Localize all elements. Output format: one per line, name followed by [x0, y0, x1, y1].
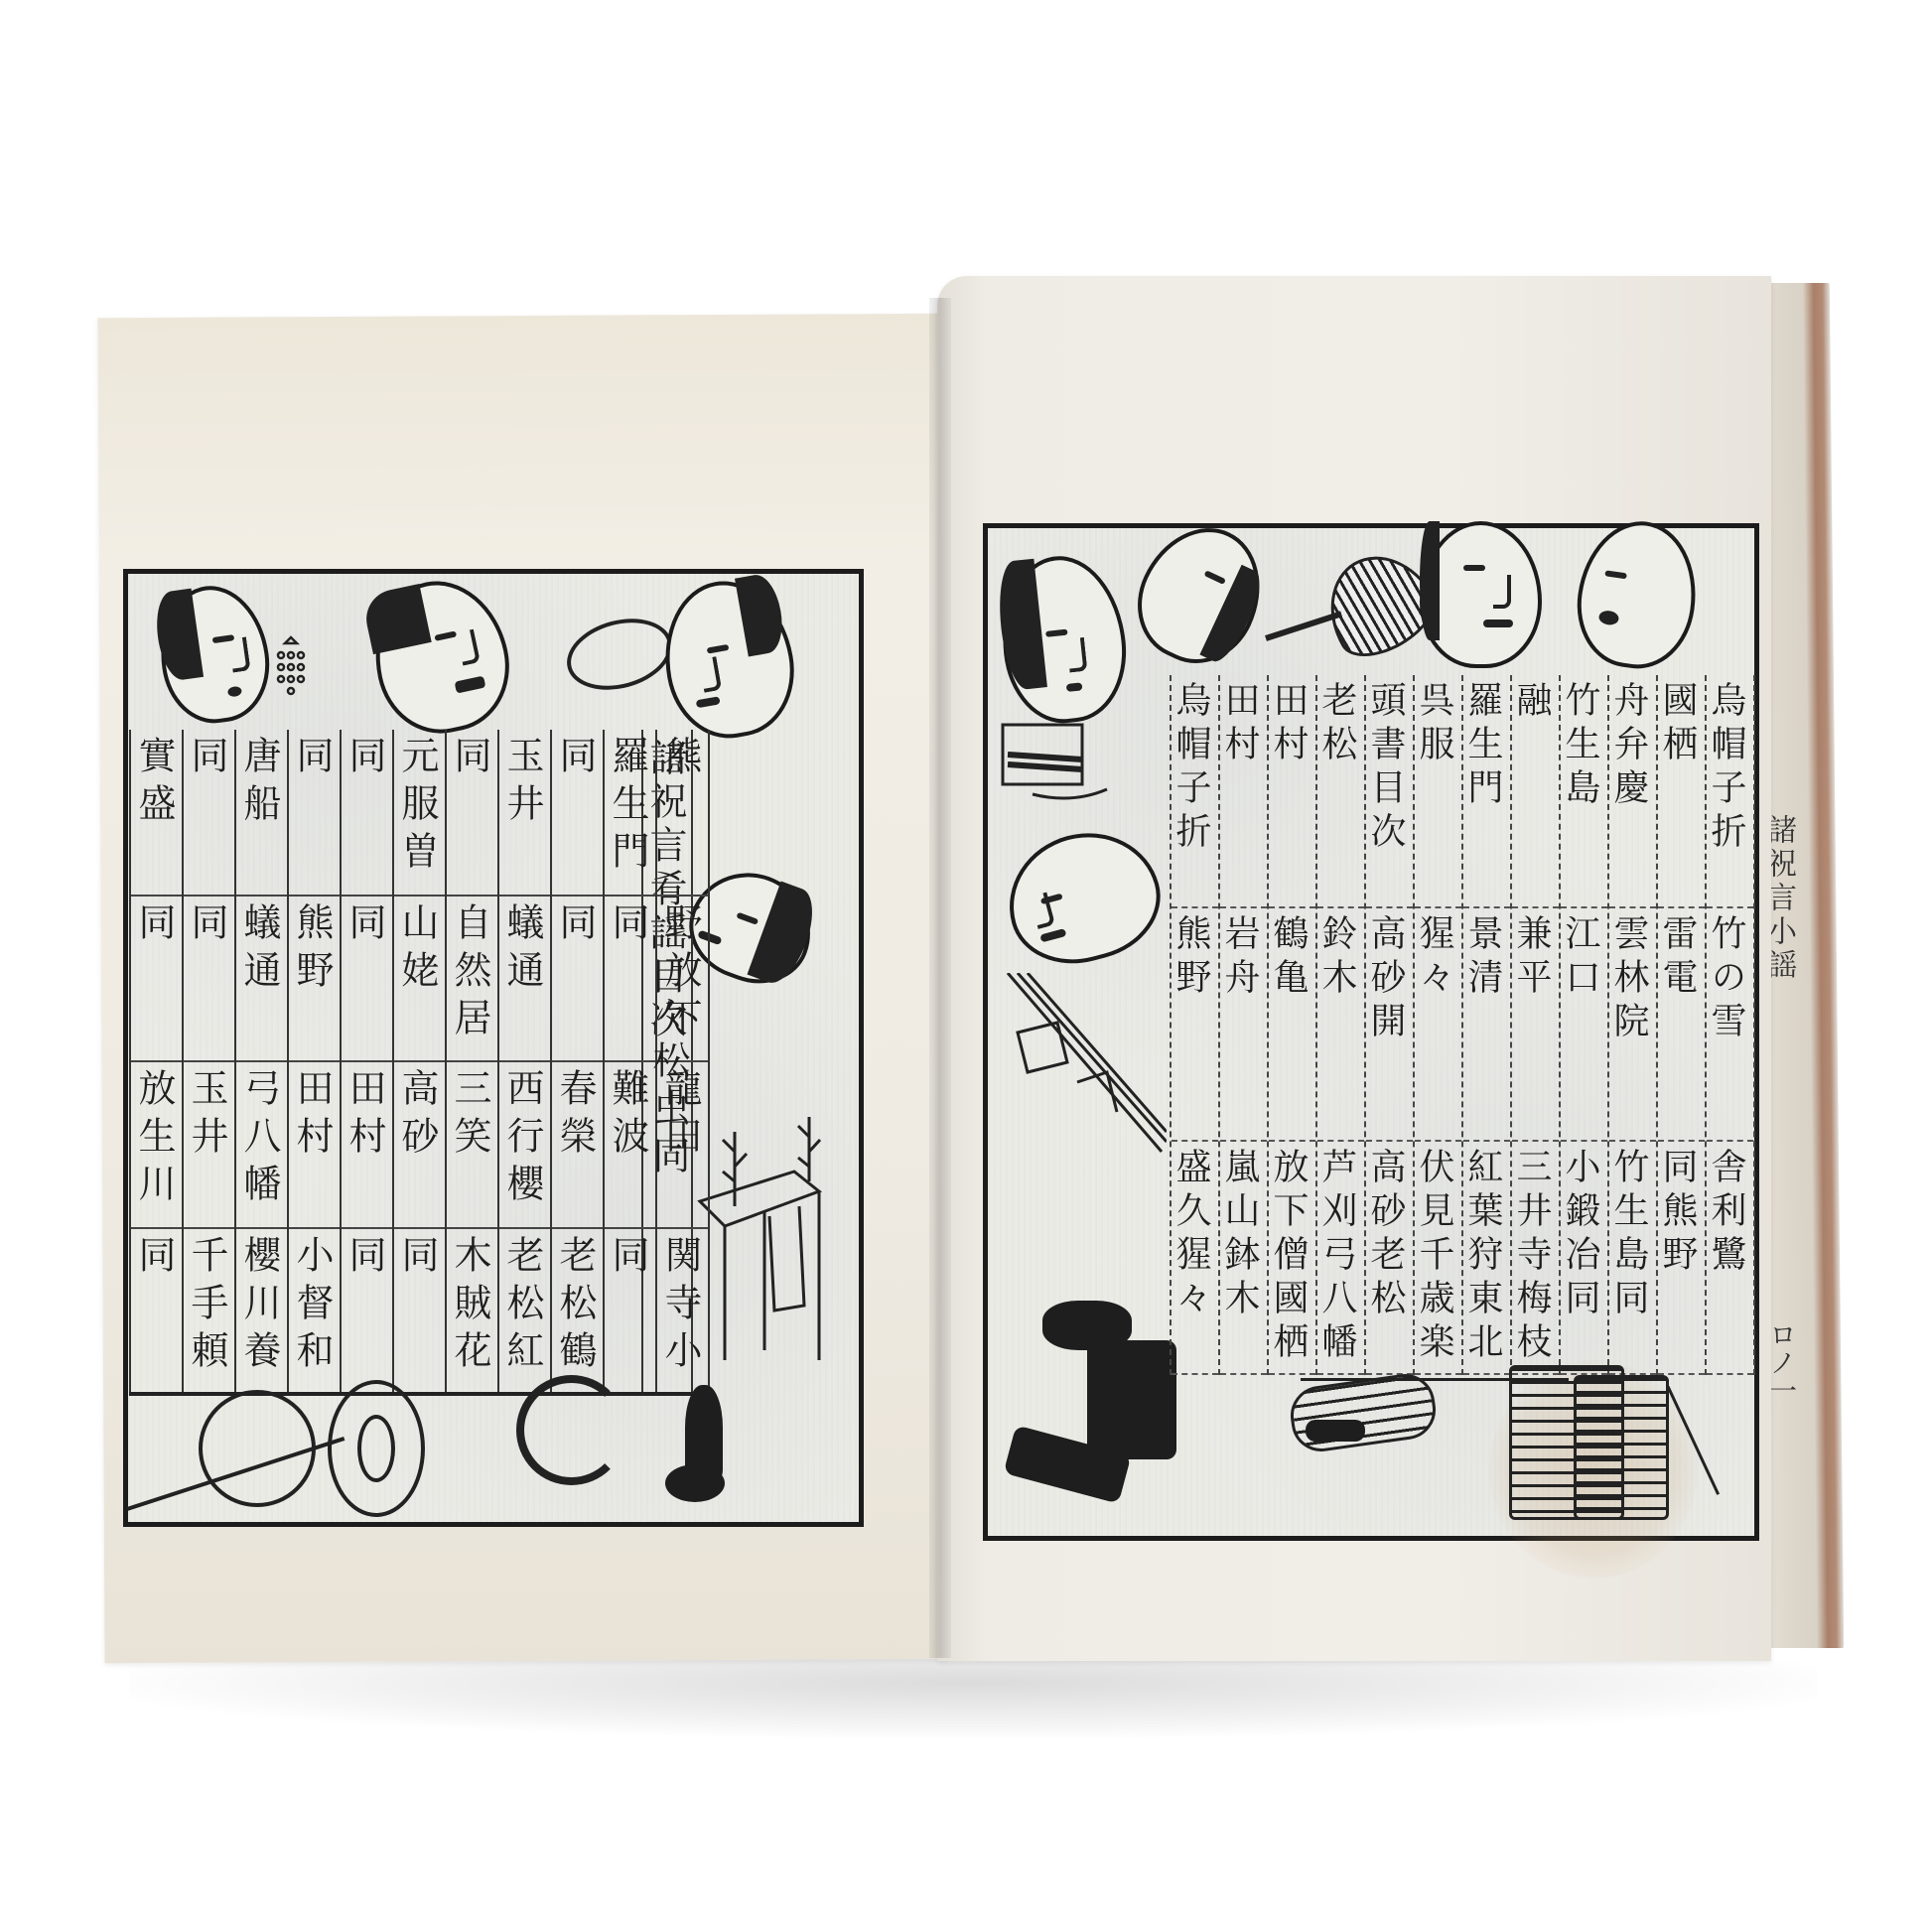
- table-cell: 同: [342, 1229, 392, 1394]
- table-column: 頭書目次 弐三番 高砂開 高砂老松: [1364, 675, 1413, 1375]
- table-column: 同 同 春榮 老松鶴亀: [550, 730, 603, 1393]
- spine-title: 諸祝言小謡: [1772, 814, 1800, 983]
- table-cell: 鶴亀: [1269, 908, 1315, 1142]
- table-column: 國栖 浮舟 雷電 同熊野: [1656, 675, 1705, 1375]
- table-cell: 高砂: [394, 1062, 445, 1229]
- table-cell: 熊野: [1172, 908, 1218, 1142]
- table-cell: 高砂老松: [1366, 1142, 1413, 1375]
- table-cell: 弓八幡: [236, 1062, 287, 1229]
- table-cell: 同: [184, 897, 234, 1063]
- table-cell: 自然居士: [447, 897, 497, 1063]
- table-cell: 江口: [1561, 908, 1607, 1142]
- table-cell: 伏見千歳楽: [1415, 1142, 1461, 1375]
- table-cell: 老松: [1317, 675, 1364, 908]
- table-column: 同 同 玉井 千手頼政: [182, 730, 234, 1393]
- table-cell: 老松紅葉狩: [499, 1229, 550, 1394]
- tsuzumi-drum-back-icon: [199, 1390, 316, 1507]
- table-cell: 同: [394, 1229, 445, 1394]
- table-column: 田村 高虫 鶴亀 放下僧國栖: [1267, 675, 1315, 1375]
- book-gutter: [929, 298, 951, 1658]
- table-cell: 田村: [342, 1062, 392, 1229]
- table-cell: 雷電: [1658, 908, 1705, 1142]
- table-cell: 山姥: [394, 897, 445, 1063]
- table-column: 實盛 同 放生川 同: [129, 730, 182, 1393]
- table-cell: 烏帽子折: [1172, 675, 1218, 908]
- table-cell: 千手頼政: [184, 1229, 234, 1394]
- table-cell: 同熊野: [1658, 1142, 1705, 1375]
- table-column: 田村 鵜飼 岩舟 嵐山鉢木: [1218, 675, 1267, 1375]
- table-cell: 田村: [1269, 675, 1315, 908]
- table-cell: 岩舟: [1220, 908, 1267, 1142]
- table-column: 同 熊野 田村 小督和布刈: [287, 730, 340, 1393]
- table-cell: 羅生門: [1463, 675, 1510, 908]
- eboshi-hat-side-icon: [993, 715, 1112, 809]
- table-cell: 頭書目次: [1366, 675, 1413, 908]
- table-cell: 同: [131, 1229, 182, 1394]
- table-cell: 羅生門: [605, 730, 655, 897]
- table-column: 呉服 海士 猩々 伏見千歳楽: [1413, 675, 1461, 1375]
- table-cell: 兼平: [1512, 908, 1559, 1142]
- table-cell: 三井寺梅枝: [1512, 1142, 1559, 1375]
- table-cell: 同: [552, 897, 603, 1063]
- table-cell: 虫同: [646, 1088, 690, 1183]
- table-cell: 紅葉狩東北: [1463, 1142, 1510, 1375]
- table-cell: 呉服: [1415, 675, 1461, 908]
- left-first-column-entries: 々松虫同: [645, 993, 691, 1390]
- table-cell: 融: [1512, 675, 1559, 908]
- table-cell: 放下僧國栖: [1269, 1142, 1315, 1375]
- table-cell: 嵐山鉢木: [1220, 1142, 1267, 1375]
- table-cell: 雲林院: [1609, 908, 1656, 1142]
- table-cell: 三笑: [447, 1062, 497, 1229]
- table-cell: 芦刈弓八幡: [1317, 1142, 1364, 1375]
- table-cell: 春榮: [552, 1062, 603, 1229]
- table-cell: 竹生島: [1561, 675, 1607, 908]
- table-cell: 唐船: [236, 730, 287, 897]
- left-contents-grid: 熊 野放下僧同 龍田 関寺小町 羅生門 同 難波 同 同 同 春榮 老松鶴亀 玉…: [129, 730, 710, 1393]
- table-column: 老松 頼政 鈴木 芦刈弓八幡: [1315, 675, 1364, 1375]
- table-cell: 同: [289, 730, 340, 897]
- table-cell: 盛久猩々: [1172, 1142, 1218, 1375]
- table-cell: 々松: [646, 993, 690, 1088]
- lacquer-boot-icon: [1087, 1340, 1176, 1459]
- table-column: 烏帽子折 藤榮 竹の雪 舎利鷺: [1705, 675, 1755, 1375]
- tsuzumi-drum-center-icon: [357, 1415, 395, 1482]
- table-cell: 熊野: [289, 897, 340, 1063]
- table-cell: 舎利鷺: [1707, 1142, 1753, 1375]
- table-cell: 竹の雪: [1707, 908, 1753, 1142]
- table-cell: 放生川: [131, 1062, 182, 1229]
- table-cell: 國栖: [1658, 675, 1705, 908]
- table-column: 竹生島 八島 江口 小鍛冶同: [1559, 675, 1607, 1375]
- hanging-ornament-icon: [273, 635, 313, 705]
- table-cell: 玉井: [499, 730, 550, 897]
- table-cell: 小督和布刈: [289, 1229, 340, 1394]
- table-column: 羅生門 同 景清 紅葉狩東北: [1461, 675, 1510, 1375]
- table-cell: 木賊花月: [447, 1229, 497, 1394]
- gong-icon: [516, 1375, 626, 1485]
- cord-tassel-icon: [1306, 1420, 1365, 1442]
- table-column: 舟弁慶 感陽宮 雲林院 竹生島同: [1607, 675, 1656, 1375]
- table-cell: 老松鶴亀: [552, 1229, 603, 1394]
- table-column: 同 自然居士 三笑 木賊花月: [445, 730, 497, 1393]
- table-cell: 實盛: [131, 730, 182, 897]
- table-column: 烏帽子折 羽衣 熊野 盛久猩々: [1170, 675, 1218, 1375]
- table-cell: 田村: [289, 1062, 340, 1229]
- table-column: 融 羽衣 兼平 三井寺梅枝: [1510, 675, 1559, 1375]
- table-cell: 同: [552, 730, 603, 897]
- table-cell: 同: [131, 897, 182, 1063]
- table-cell: 同: [184, 730, 234, 897]
- table-cell: 小鍛冶同: [1561, 1142, 1607, 1375]
- table-cell: 田村: [1220, 675, 1267, 908]
- folio-marker: ロノ一: [1773, 1320, 1801, 1404]
- table-cell: 同: [342, 897, 392, 1063]
- table-cell: 竹生島同: [1609, 1142, 1656, 1375]
- hat-base-icon: [665, 1464, 725, 1502]
- table-cell: 元服曽我: [394, 730, 445, 897]
- table-cell: 熊: [657, 730, 708, 897]
- table-cell: 西行櫻: [499, 1062, 550, 1229]
- table-cell: 同: [447, 730, 497, 897]
- offering-stand-icon: [695, 1112, 834, 1370]
- table-column: 同 同 田村 同: [340, 730, 392, 1393]
- table-column: 元服曽我 山姥 高砂 同: [392, 730, 445, 1393]
- table-cell: 蟻通: [236, 897, 287, 1063]
- table-cell: 同: [342, 730, 392, 897]
- table-cell: 猩々: [1415, 908, 1461, 1142]
- right-contents-grid: 烏帽子折 藤榮 竹の雪 舎利鷺 國栖 浮舟 雷電 同熊野 舟弁慶 感陽宮 雲林院…: [1170, 675, 1755, 1375]
- table-cell: 烏帽子折: [1707, 675, 1753, 908]
- table-cell: 景清: [1463, 908, 1510, 1142]
- table-cell: 高砂開: [1366, 908, 1413, 1142]
- coiled-strap-icon: [1574, 1375, 1669, 1520]
- table-cell: 舟弁慶: [1609, 675, 1656, 908]
- bamboo-stalks-icon: [998, 973, 1167, 1172]
- table-column: 唐船 蟻通 弓八幡 櫻川養老: [234, 730, 287, 1393]
- table-cell: 櫻川養老: [236, 1229, 287, 1394]
- table-column: 玉井 蟻通 西行櫻 老松紅葉狩: [497, 730, 550, 1393]
- table-cell: 鈴木: [1317, 908, 1364, 1142]
- table-cell: 蟻通: [499, 897, 550, 1063]
- table-cell: 玉井: [184, 1062, 234, 1229]
